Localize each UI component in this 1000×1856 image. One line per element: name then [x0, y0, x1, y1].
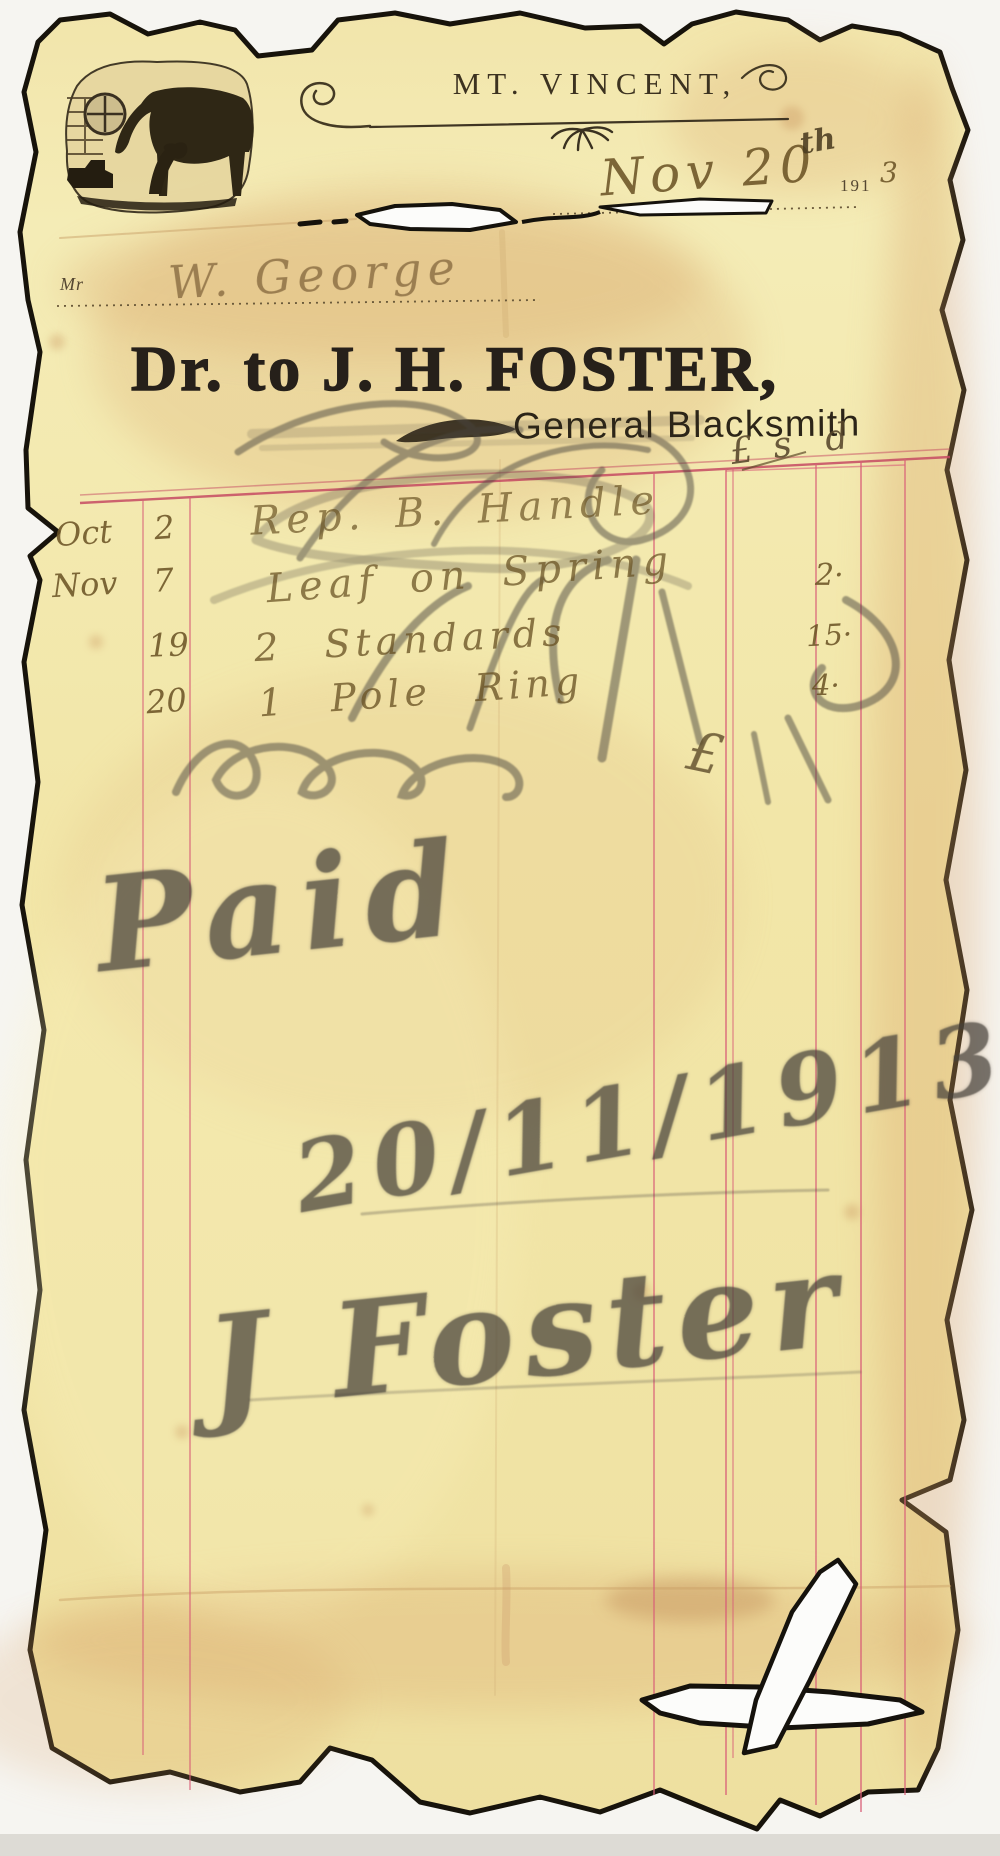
scan-shadow — [0, 1834, 1000, 1856]
ledger-row-date: 20 — [145, 681, 188, 722]
date-printed-year: 191 — [840, 176, 872, 196]
ledger-row-amount: 4· — [812, 668, 840, 702]
date-ordinal: th — [797, 121, 838, 162]
billhead-title: Dr. to J. H. FOSTER, — [90, 332, 820, 406]
ledger-row-date: 19 — [147, 625, 189, 664]
shillings-symbol: s — [770, 424, 794, 467]
addressee-prefix: Mr — [60, 274, 84, 295]
ledger-row-amount: 15· — [805, 617, 853, 653]
ledger-row-date: Nov 7 — [51, 561, 175, 605]
scanned-invoice: MT. VINCENT, Nov 20 th 191 3 Mr W. Georg… — [0, 0, 1000, 1856]
date-year-digit: 3 — [880, 156, 898, 189]
pounds-symbol: £ — [728, 429, 756, 473]
blacksmith-vignette — [66, 61, 254, 212]
ledger-row-amount: 2· — [815, 558, 844, 593]
letterhead-town: MT. VINCENT, — [440, 66, 750, 102]
torn-hole-top — [357, 204, 516, 230]
